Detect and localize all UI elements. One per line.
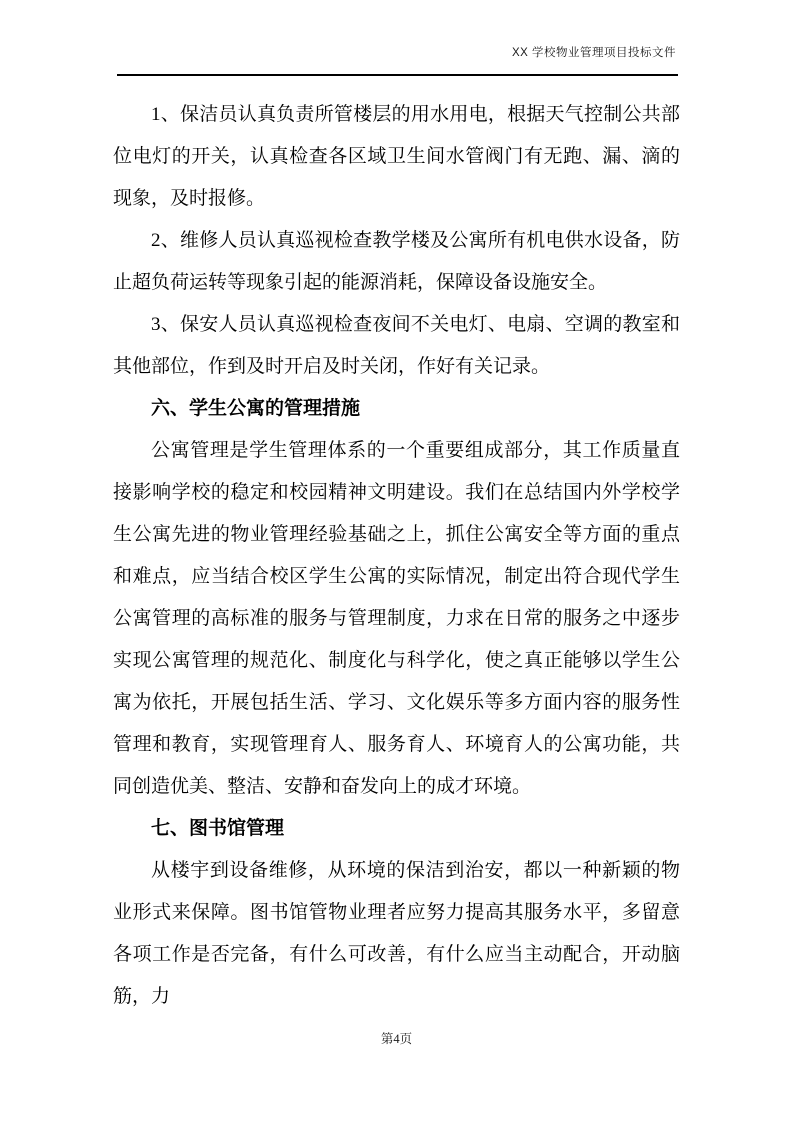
section-heading-library: 七、图书馆管理 (113, 808, 680, 850)
page-number: 第4页 (381, 1032, 412, 1046)
page-footer: 第4页 (0, 1031, 793, 1047)
paragraph-apartment-management: 公寓管理是学生管理体系的一个重要组成部分，其工作质量直接影响学校的稳定和校园精神… (113, 430, 680, 808)
paragraph-cleaning-staff: 1、保洁员认真负责所管楼层的用水用电，根据天气控制公共部位电灯的开关，认真检查各… (113, 94, 680, 220)
document-page: XX 学校物业管理项目投标文件 1、保洁员认真负责所管楼层的用水用电，根据天气控… (0, 0, 793, 1122)
section-heading-student-apartment: 六、学生公寓的管理措施 (113, 388, 680, 430)
document-body: 1、保洁员认真负责所管楼层的用水用电，根据天气控制公共部位电灯的开关，认真检查各… (113, 94, 680, 1018)
header-title: XX 学校物业管理项目投标文件 (512, 46, 676, 60)
paragraph-library-management: 从楼宇到设备维修，从环境的保洁到治安，都以一种新颖的物业形式来保障。图书馆管物业… (113, 850, 680, 1018)
paragraph-maintenance-staff: 2、维修人员认真巡视检查教学楼及公寓所有机电供水设备，防止超负荷运转等现象引起的… (113, 220, 680, 304)
header-rule (117, 74, 678, 76)
paragraph-security-staff: 3、保安人员认真巡视检查夜间不关电灯、电扇、空调的教室和其他部位，作到及时开启及… (113, 304, 680, 388)
